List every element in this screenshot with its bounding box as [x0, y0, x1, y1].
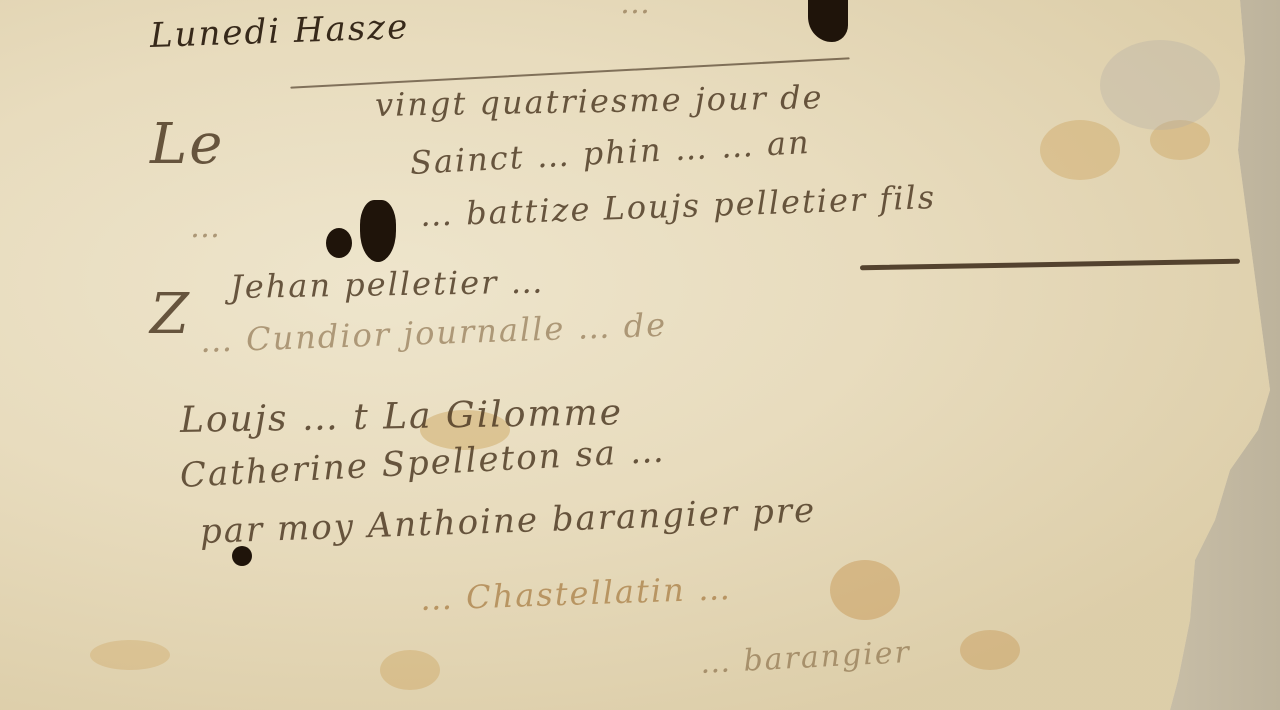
manuscript-line: Jehan pelletier … [230, 263, 545, 306]
ink-blot [326, 228, 352, 258]
margin-mark: … [190, 210, 222, 245]
manuscript-line: vingt quatriesme jour de [375, 78, 824, 124]
manuscript-line: Loujs … t La Gilomme [180, 392, 624, 441]
margin-mark: Z [150, 282, 191, 347]
manuscript-photo: … Lunedi Hasze vingt quatriesme jour de … [0, 0, 1280, 710]
ink-blot [232, 546, 252, 566]
ink-blot [360, 200, 396, 262]
manuscript-line: … [620, 0, 652, 21]
margin-mark: Le [150, 112, 224, 177]
